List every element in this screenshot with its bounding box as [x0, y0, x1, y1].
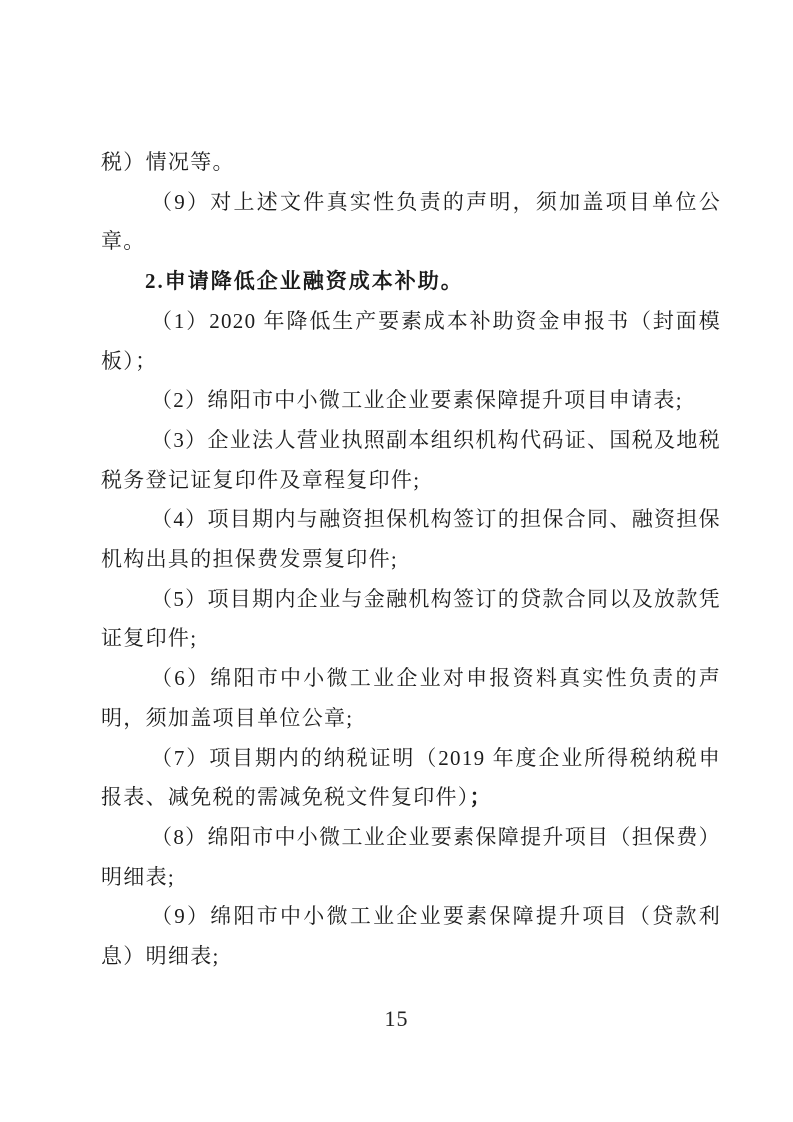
page-number: 15	[385, 1006, 409, 1031]
body-paragraph: （6）绵阳市中小微工业企业对申报资料真实性负责的声明，须加盖项目单位公章;	[101, 659, 721, 738]
paragraph-text: （2）绵阳市中小微工业企业要素保障提升项目申请表;	[151, 388, 683, 412]
paragraph-text: 2.申请降低企业融资成本补助。	[145, 269, 464, 293]
paragraph-text: （9）对上述文件真实性负责的声明，须加盖项目单位公章。	[101, 190, 721, 254]
body-paragraph: （7）项目期内的纳税证明（2019 年度企业所得税纳税申报表、减免税的需减免税文…	[101, 739, 721, 818]
body-paragraph: （5）项目期内企业与金融机构签订的贷款合同以及放款凭证复印件;	[101, 580, 721, 659]
paragraph-text: 税）情况等。	[101, 150, 235, 174]
section-heading: 2.申请降低企业融资成本补助。	[101, 262, 721, 302]
paragraph-text: （4）项目期内与融资担保机构签订的担保合同、融资担保机构出具的担保费发票复印件;	[101, 507, 721, 571]
body-paragraph: （9）对上述文件真实性负责的声明，须加盖项目单位公章。	[101, 183, 721, 262]
paragraph-text: （1）2020 年降低生产要素成本补助资金申报书（封面模板）；	[101, 309, 721, 373]
body-paragraph: （3）企业法人营业执照副本组织机构代码证、国税及地税税务登记证复印件及章程复印件…	[101, 421, 721, 500]
paragraph-text: （3）企业法人营业执照副本组织机构代码证、国税及地税税务登记证复印件及章程复印件…	[101, 428, 721, 492]
paragraph-text: （8）绵阳市中小微工业企业要素保障提升项目（担保费）明细表;	[101, 825, 721, 889]
body-paragraph: （1）2020 年降低生产要素成本补助资金申报书（封面模板）；	[101, 302, 721, 381]
body-paragraph: （2）绵阳市中小微工业企业要素保障提升项目申请表;	[101, 381, 721, 421]
body-paragraph: （4）项目期内与融资担保机构签订的担保合同、融资担保机构出具的担保费发票复印件;	[101, 500, 721, 579]
body-paragraph: （9）绵阳市中小微工业企业要素保障提升项目（贷款利息）明细表;	[101, 897, 721, 976]
body-paragraph: （8）绵阳市中小微工业企业要素保障提升项目（担保费）明细表;	[101, 818, 721, 897]
paragraph-text: （9）绵阳市中小微工业企业要素保障提升项目（贷款利息）明细表;	[101, 904, 721, 968]
paragraph-text: （7）项目期内的纳税证明（2019 年度企业所得税纳税申报表、减免税的需减免税文…	[101, 746, 721, 810]
document-body: 税）情况等。（9）对上述文件真实性负责的声明，须加盖项目单位公章。2.申请降低企…	[101, 143, 721, 977]
paragraph-bold-suffix: ；	[470, 785, 492, 809]
body-paragraph: 税）情况等。	[101, 143, 721, 183]
paragraph-text: （6）绵阳市中小微工业企业对申报资料真实性负责的声明，须加盖项目单位公章;	[101, 666, 721, 730]
page-footer: 15	[0, 1006, 793, 1032]
paragraph-text: （5）项目期内企业与金融机构签订的贷款合同以及放款凭证复印件;	[101, 587, 721, 651]
document-page: 税）情况等。（9）对上述文件真实性负责的声明，须加盖项目单位公章。2.申请降低企…	[0, 0, 793, 1122]
